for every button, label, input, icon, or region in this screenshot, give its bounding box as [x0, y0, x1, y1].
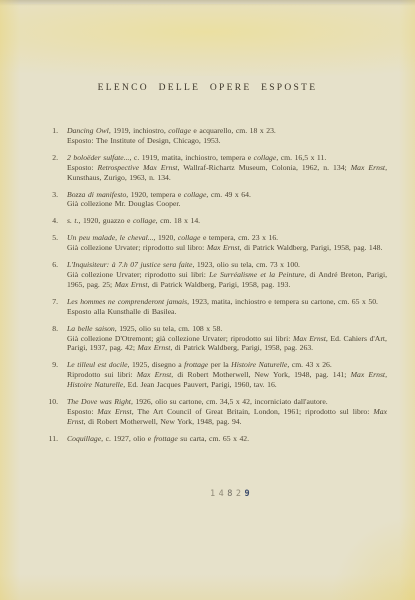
work-item: 10.The Dove was Right, 1926, olio su car… [40, 397, 387, 427]
item-number: 8. [40, 324, 58, 354]
paper-edge-top [0, 0, 415, 6]
catalog-page: ELENCO DELLE OPERE ESPOSTE 1.Dancing Owl… [0, 0, 415, 600]
item-number: 1. [40, 126, 58, 146]
work-item: 5.Un peu malade, le cheval..., 1920, col… [40, 233, 387, 253]
work-item: 4.s. t., 1920, guazzo e collage, cm. 18 … [40, 216, 387, 226]
work-item: 3.Bozza di manifesto, 1920, tempera e co… [40, 190, 387, 210]
item-text: Un peu malade, le cheval..., 1920, colla… [67, 233, 387, 253]
item-text: L'Inquisiteur: à 7.h 07 justice sera fai… [67, 260, 387, 290]
paper-aging-top [0, 4, 415, 76]
item-number: 4. [40, 216, 58, 226]
work-item: 1.Dancing Owl, 1919, inchiostro, collage… [40, 126, 387, 146]
item-number: 6. [40, 260, 58, 290]
item-text: Le tilleul est docile, 1925, disegno a f… [67, 360, 387, 390]
item-text: s. t., 1920, guazzo e collage, cm. 18 x … [67, 216, 387, 226]
item-text: 2 boloëder sulfate..., c. 1919, matita, … [67, 153, 387, 183]
item-number: 10. [40, 397, 58, 427]
item-text: Bozza di manifesto, 1920, tempera e coll… [67, 190, 387, 210]
page-title: ELENCO DELLE OPERE ESPOSTE [0, 83, 415, 93]
paper-aging-corner [295, 480, 415, 600]
item-text: Coquillage, c. 1927, olio e frottage su … [67, 434, 387, 444]
work-item: 9.Le tilleul est docile, 1925, disegno a… [40, 360, 387, 390]
item-text: The Dove was Right, 1926, olio su carton… [67, 397, 387, 427]
item-number: 7. [40, 297, 58, 317]
item-number: 3. [40, 190, 58, 210]
paper-aging-bottom [0, 574, 415, 600]
item-number: 9. [40, 360, 58, 390]
item-text: La belle saison, 1925, olio su tela, cm.… [67, 324, 387, 354]
item-number: 5. [40, 233, 58, 253]
work-item: 11.Coquillage, c. 1927, olio e frottage … [40, 434, 387, 444]
catalog-stamp: 14829 [210, 489, 253, 499]
work-item: 8.La belle saison, 1925, olio su tela, c… [40, 324, 387, 354]
work-item: 7.Les hommes ne comprenderont jamais, 19… [40, 297, 387, 317]
item-text: Les hommes ne comprenderont jamais, 1923… [67, 297, 387, 317]
work-item: 2.2 boloëder sulfate..., c. 1919, matita… [40, 153, 387, 183]
work-item: 6.L'Inquisiteur: à 7.h 07 justice sera f… [40, 260, 387, 290]
item-number: 2. [40, 153, 58, 183]
item-number: 11. [40, 434, 58, 444]
item-text: Dancing Owl, 1919, inchiostro, collage e… [67, 126, 387, 146]
works-list: 1.Dancing Owl, 1919, inchiostro, collage… [40, 126, 387, 451]
